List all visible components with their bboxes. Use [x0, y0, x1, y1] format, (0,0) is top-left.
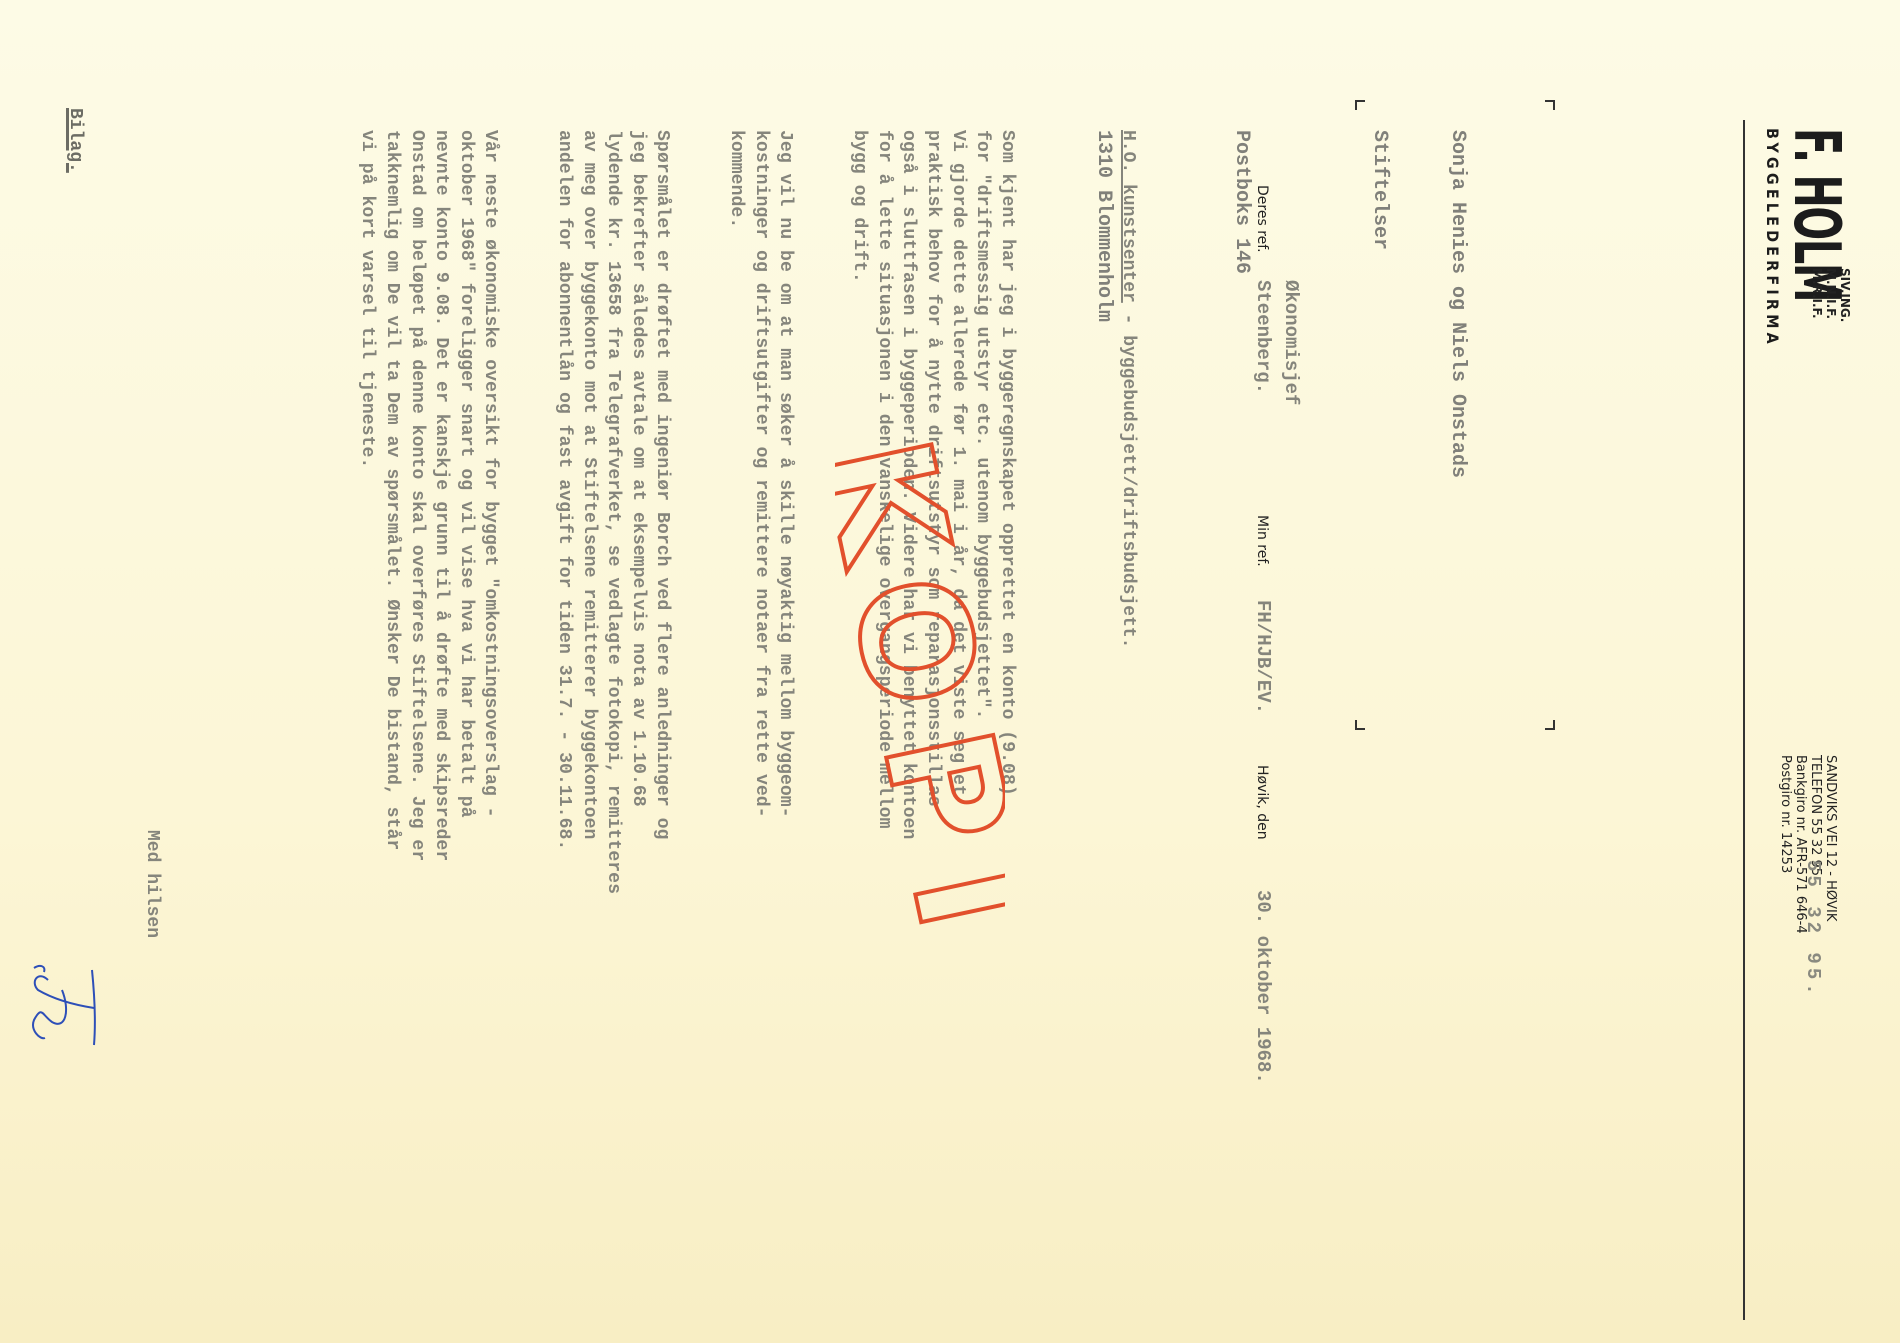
- their-ref-title: Økonomisjef: [1280, 280, 1302, 405]
- my-ref-value: FH/HJB/EV.: [1252, 600, 1274, 714]
- street-address: SANDVIKS VEI 12 - HØVIK: [1823, 755, 1838, 934]
- letterhead-address-block: SANDVIKS VEI 12 - HØVIK TELEFON 55 32 95…: [1778, 755, 1838, 934]
- address-window-corner-mark: [1355, 720, 1365, 730]
- closing-salutation: Med hilsen: [142, 830, 162, 938]
- recipient-line: [1168, 130, 1176, 478]
- postgiro: Postgiro nr. 14253: [1778, 755, 1793, 934]
- recipient-line: [1306, 130, 1314, 478]
- letter-date: 30. oktober 1968.: [1252, 890, 1274, 1084]
- subject-project: H.O. kunstsenter: [1118, 130, 1138, 303]
- signature-initials: [30, 960, 100, 1050]
- my-ref-label: Min ref.: [1254, 515, 1270, 567]
- kopi-stamp-graphic: KOPI: [835, 440, 1005, 960]
- body-paragraph: Vår neste økonomiske oversikt for bygget…: [355, 130, 503, 1250]
- recipient-line: Sonja Henies og Niels Onstads: [1444, 130, 1470, 478]
- qualification: M.N.I.F.: [1824, 268, 1838, 322]
- their-ref-label: Deres ref.: [1254, 185, 1270, 253]
- svg-text:KOPI: KOPI: [835, 440, 1005, 960]
- reference-line: Økonomisjef Deres ref. Steenberg. Min re…: [1230, 130, 1290, 1230]
- address-window-corner-mark: [1355, 100, 1365, 110]
- letterhead-subtitle: BYGGELEDERFIRMA: [1763, 128, 1782, 348]
- letterhead-qualifications: SIV.ING. M.N.I.F. M.R.I.F.: [1810, 268, 1852, 322]
- letterhead-divider: [1743, 120, 1745, 1320]
- handwritten-signature-icon: [30, 960, 100, 1050]
- enclosure-label: Bilag.: [65, 108, 85, 173]
- address-window-corner-mark: [1545, 720, 1555, 730]
- scanned-letter-page: F. HOLM SIV.ING. M.N.I.F. M.R.I.F. BYGGE…: [0, 0, 1900, 1343]
- kopi-stamp: KOPI: [835, 440, 1005, 960]
- qualification: M.R.I.F.: [1810, 268, 1824, 322]
- body-paragraph: Spørsmålet er drøftet med ingeniør Borch…: [552, 130, 675, 1250]
- recipient-line: 1310 Blommenholm: [1090, 130, 1116, 478]
- typed-phone-overstrike: 55 32 95.: [1805, 860, 1820, 999]
- subject-line: H.O. kunstsenter - byggebudsjett/driftsb…: [1118, 130, 1138, 648]
- qualification: SIV.ING.: [1838, 268, 1852, 322]
- their-ref-value: Steenberg.: [1252, 280, 1274, 394]
- address-window-corner-mark: [1545, 100, 1555, 110]
- place-label: Høvik, den: [1254, 765, 1270, 840]
- body-paragraph: Jeg vil nu be om at man søker å skille n…: [724, 130, 798, 1250]
- subject-topic: - byggebudsjett/driftsbudsjett.: [1118, 303, 1138, 649]
- recipient-line: Stiftelser: [1366, 130, 1392, 478]
